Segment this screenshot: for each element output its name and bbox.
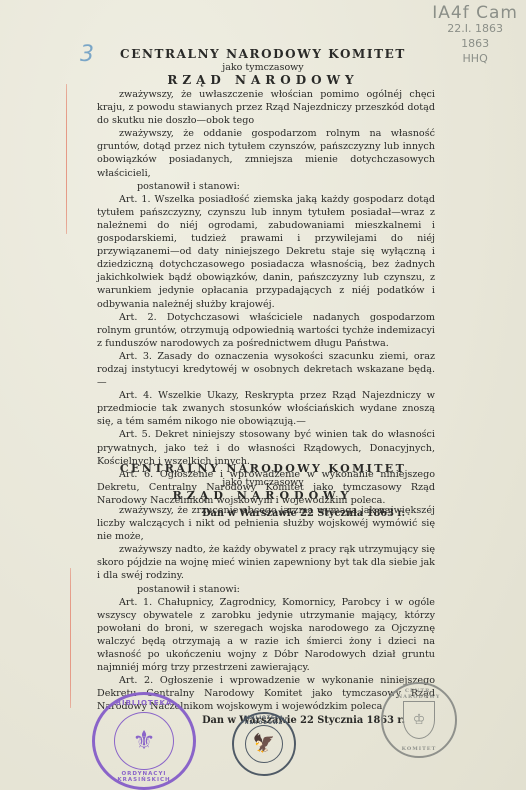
decree1-body: zważywszy, że uwłaszczenie włościan pomi… <box>97 88 435 520</box>
decree1-art2: Art. 2. Dotychczasowi właściciele nadany… <box>97 311 435 350</box>
decree2-art1: Art. 1. Chałupnicy, Zagrodnicy, Komornic… <box>97 596 435 675</box>
decree2-preamble-2: zważywszy nadto, że każdy obywatel z pra… <box>97 543 435 582</box>
red-margin-mark-top <box>66 84 67 234</box>
stamp-bottom-text: ORDYNACYI KRASIŃSKICH <box>95 771 193 783</box>
stamp-top-text: CENTR. NARODOWY <box>383 688 455 700</box>
stamp-ring-text: BIBLIOTEKA NARODOWA <box>234 716 294 726</box>
decree2-resolution: postanowił i stanowi: <box>97 583 435 596</box>
stamp-bottom-text: KOMITET <box>383 746 455 752</box>
decree1-government: RZĄD NARODOWY <box>0 73 526 87</box>
decree1-art3: Art. 3. Zasady do oznaczenia wysokości s… <box>97 350 435 389</box>
date-note: 22.I. 1863 <box>432 21 518 36</box>
decree1-preamble-2: zważywszy, że oddanie gospodarzom rolnym… <box>97 127 435 179</box>
decree1-heading: CENTRALNY NARODOWY KOMITET <box>0 47 526 61</box>
decree2-government: RZĄD NARODOWY <box>0 489 526 502</box>
decree1-art4: Art. 4. Wszelkie Ukazy, Reskrypta przez … <box>97 389 435 428</box>
stamp-centralny-komitet-narodowy: CENTR. NARODOWY KOMITET ♔ <box>381 682 457 758</box>
document-page: 3 IA4f Cam 22.I. 1863 1863 HHQ CENTRALNY… <box>0 0 526 790</box>
stamp-biblioteka-narodowa: BIBLIOTEKA NARODOWA 🦅 <box>232 712 296 776</box>
stamp-biblioteka-ordynacyi-krasinskich: BIBLIOTEKA ORDYNACYI KRASIŃSKICH ⚜ <box>92 692 196 790</box>
decree1-preamble-1: zważywszy, że uwłaszczenie włościan pomi… <box>97 88 435 127</box>
stamp-top-text: BIBLIOTEKA <box>95 699 193 707</box>
decree2-preamble-1: zważywszy, że zrzucenie obcego jarzma wy… <box>97 504 435 543</box>
shelfmark: IA4f <box>432 3 469 23</box>
decree1-subheading: jako tymczasowy <box>0 62 526 73</box>
decree2-subheading: jako tymczasowy <box>0 477 526 488</box>
decree1-art1: Art. 1. Wszelka posiadłość ziemska jaką … <box>97 193 435 311</box>
red-margin-mark-bottom <box>70 568 71 708</box>
shelfmark-suffix: Cam <box>476 3 518 23</box>
decree2-heading: CENTRALNY NARODOWY KOMITET <box>0 462 526 475</box>
decree1-resolution: postanowił i stanowi: <box>97 180 435 193</box>
